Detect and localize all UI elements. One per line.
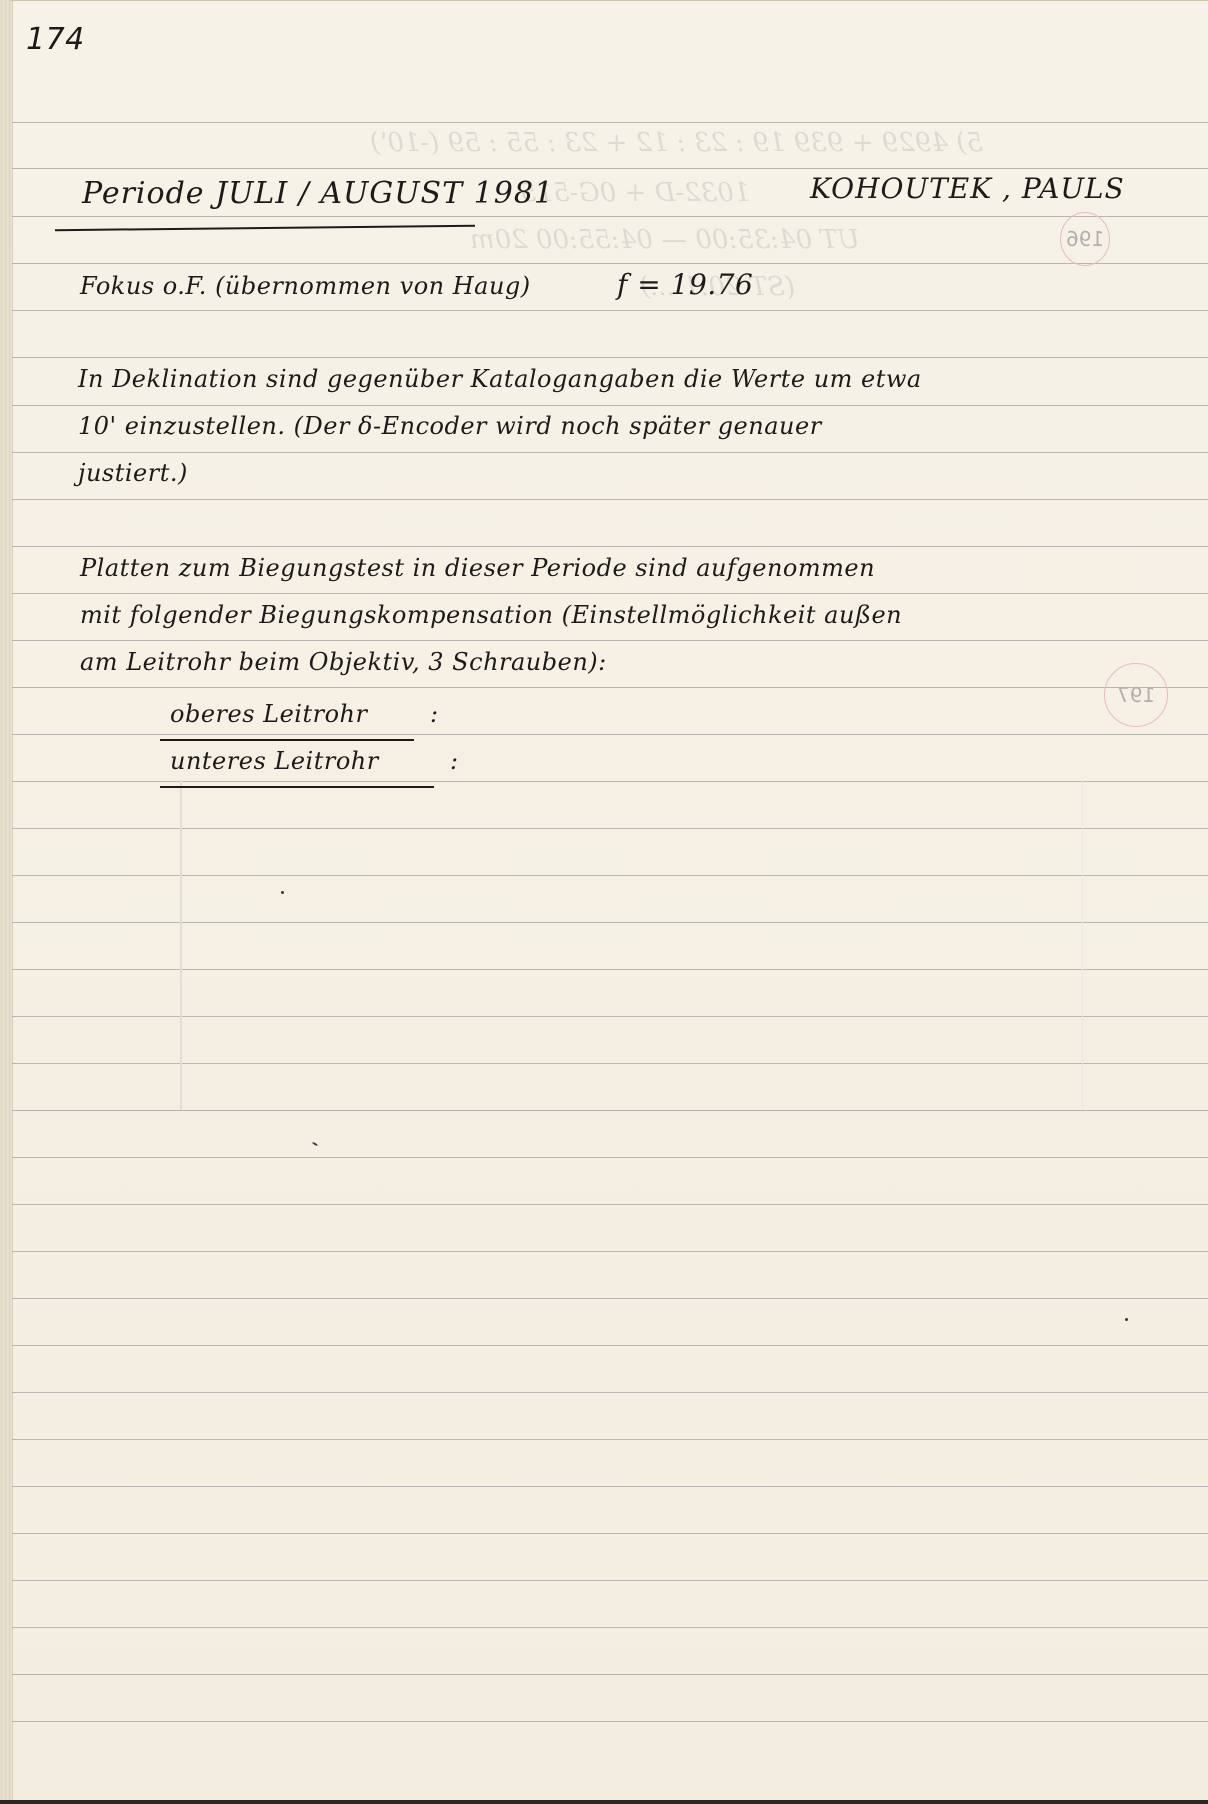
ruled-line — [12, 1439, 1208, 1440]
paragraph-1-line: In Deklination sind gegenüber Katalogang… — [78, 365, 922, 393]
ink-speck — [281, 891, 284, 894]
setting-underline — [160, 786, 434, 788]
page-bottom-edge — [0, 1800, 1208, 1804]
show-through-margin — [180, 780, 1083, 1110]
paragraph-2-line: Platten zum Biegungstest in dieser Perio… — [80, 554, 875, 582]
ruled-line — [12, 216, 1208, 217]
setting-colon: : — [430, 700, 439, 728]
ruled-line — [12, 1392, 1208, 1393]
page-number: 174 — [26, 22, 85, 57]
ink-speck — [1125, 1318, 1128, 1321]
focal-length-value: f = 19.76 — [617, 268, 753, 301]
ruled-line — [12, 1298, 1208, 1299]
ruled-line — [12, 546, 1208, 547]
ruled-line — [12, 734, 1208, 735]
setting-colon: : — [450, 747, 459, 775]
setting-label-upper-guide-tube: oberes Leitrohr — [170, 700, 367, 728]
title-underline — [55, 225, 475, 231]
show-through-text: 1032-D + 0G-515 — [520, 178, 750, 208]
show-through-stamp-upper: 196 — [1060, 212, 1110, 266]
paragraph-1-line: 10' einzustellen. (Der δ-Encoder wird no… — [78, 412, 822, 440]
ruled-line — [12, 1580, 1208, 1581]
ruled-line — [12, 1110, 1208, 1111]
show-through-stamp-lower: 197 — [1104, 663, 1168, 727]
ruled-line — [12, 452, 1208, 453]
ruled-line — [12, 310, 1208, 311]
paragraph-1-line: justiert.) — [78, 459, 188, 487]
setting-label-lower-guide-tube: unteres Leitrohr — [170, 747, 379, 775]
ruled-line — [12, 357, 1208, 358]
setting-underline — [160, 739, 414, 741]
ink-speck — [312, 1142, 318, 1147]
ruled-line — [12, 1674, 1208, 1675]
page-title: Periode JULI / AUGUST 1981 — [82, 176, 554, 211]
ruled-line — [12, 1721, 1208, 1722]
show-through-text: 5) 4929 + 939 19 : 23 : 12 + 23 : 55 : 5… — [370, 128, 983, 158]
focus-note: Fokus o.F. (übernommen von Haug) — [80, 272, 531, 300]
ruled-line — [12, 1251, 1208, 1252]
ruled-line — [12, 405, 1208, 406]
page-top-edge — [10, 0, 1208, 7]
ruled-line — [12, 263, 1208, 264]
paragraph-2-line: mit folgender Biegungskompensation (Eins… — [80, 601, 902, 629]
ruled-line — [12, 593, 1208, 594]
ruled-line — [12, 1486, 1208, 1487]
ruled-line — [12, 1345, 1208, 1346]
ruled-line — [12, 1533, 1208, 1534]
ruled-line — [12, 1157, 1208, 1158]
ruled-line — [12, 499, 1208, 500]
ruled-line — [12, 1627, 1208, 1628]
notebook-page: 5) 4929 + 939 19 : 23 : 12 + 23 : 55 : 5… — [0, 0, 1208, 1804]
ruled-line — [12, 1204, 1208, 1205]
ruled-line — [12, 687, 1208, 688]
ruled-line — [12, 122, 1208, 123]
observers: KOHOUTEK , PAULS — [810, 172, 1125, 205]
ruled-line — [12, 640, 1208, 641]
ruled-line — [12, 168, 1208, 169]
paragraph-2-line: am Leitrohr beim Objektiv, 3 Schrauben): — [80, 648, 607, 676]
show-through-text: UT 04:35:00 — 04:55:00 20m — [470, 225, 860, 255]
